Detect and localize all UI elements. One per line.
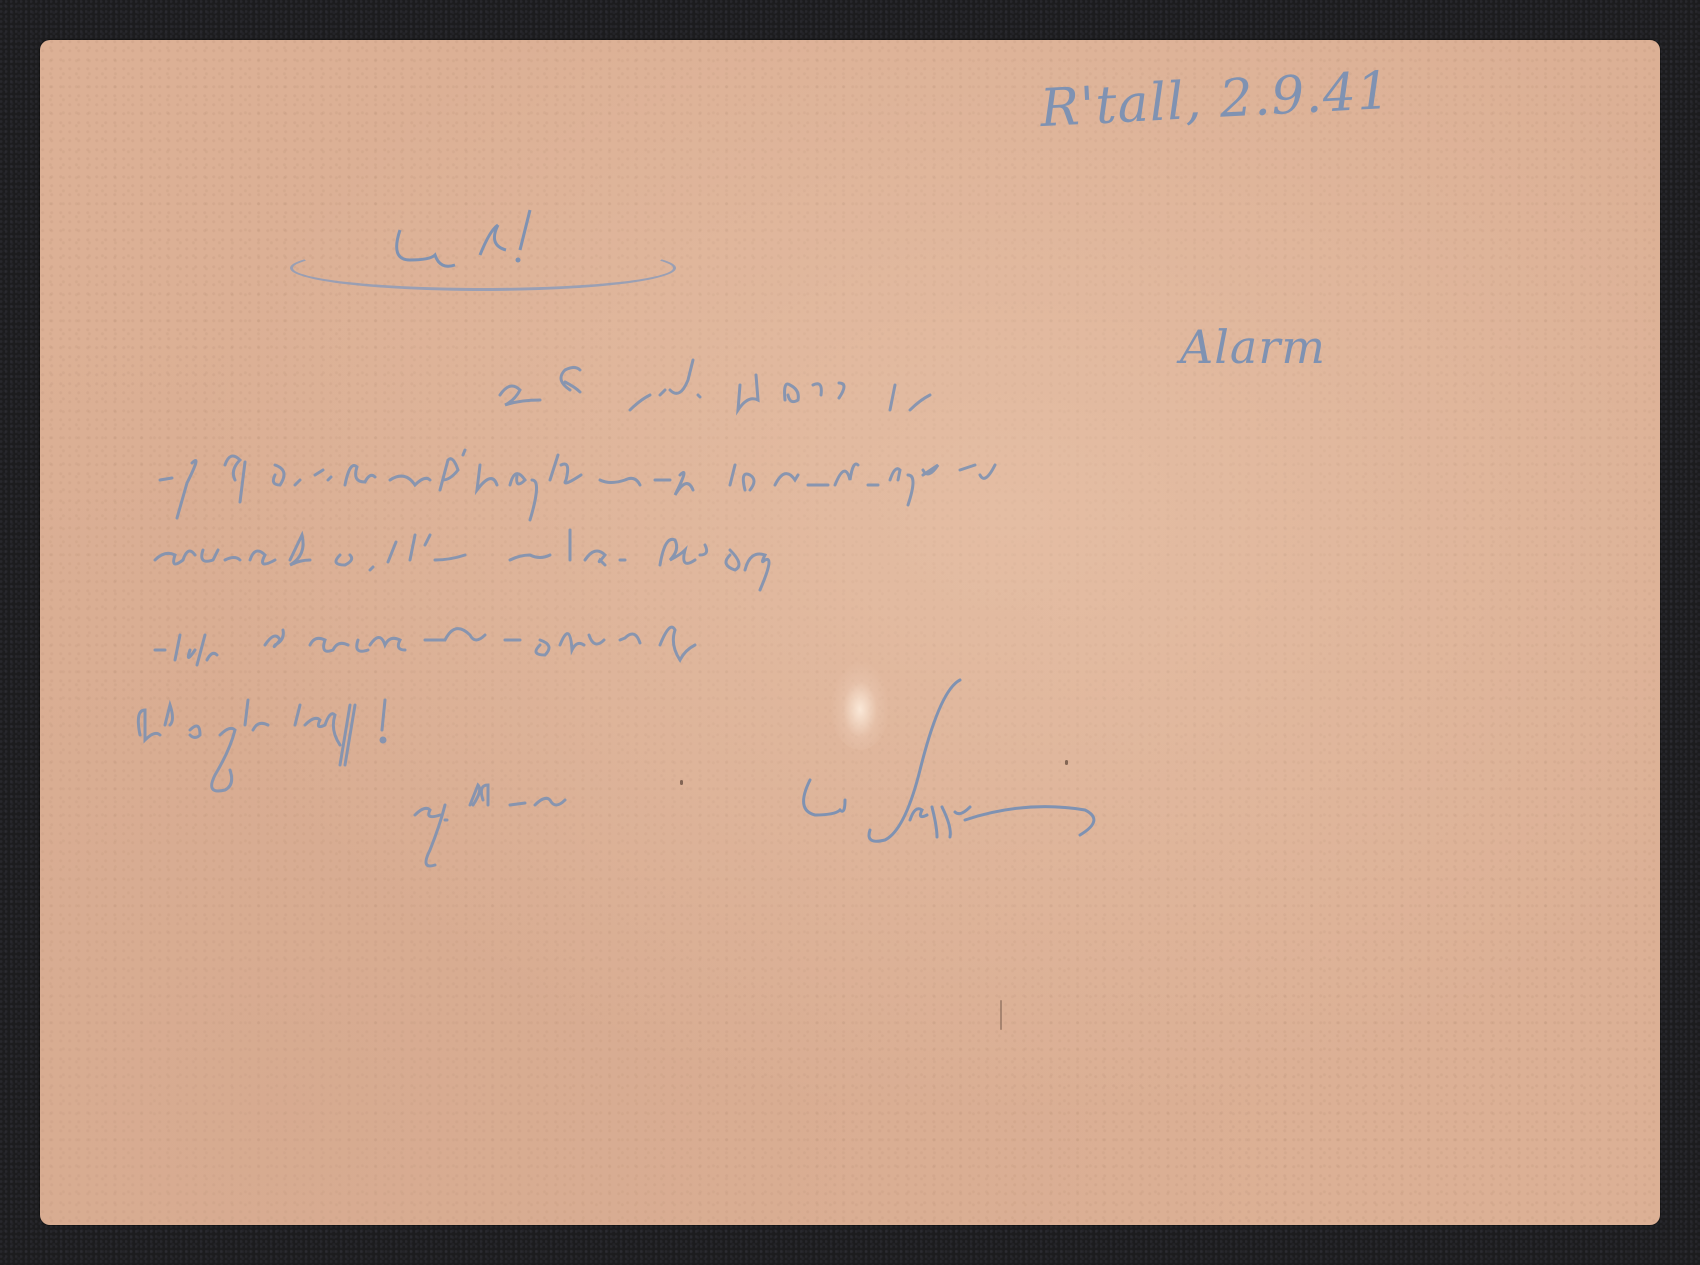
legible-word-alarm: Alarm [1180, 320, 1326, 374]
place-date: R'tall, 2.9.41 [1039, 61, 1393, 139]
postcard: R'tall, 2.9.41 [40, 40, 1660, 1225]
shorthand-body [40, 260, 1660, 980]
signature-flourish [790, 660, 1150, 840]
paper-speck [680, 780, 683, 785]
paper-speck [1000, 1000, 1002, 1030]
